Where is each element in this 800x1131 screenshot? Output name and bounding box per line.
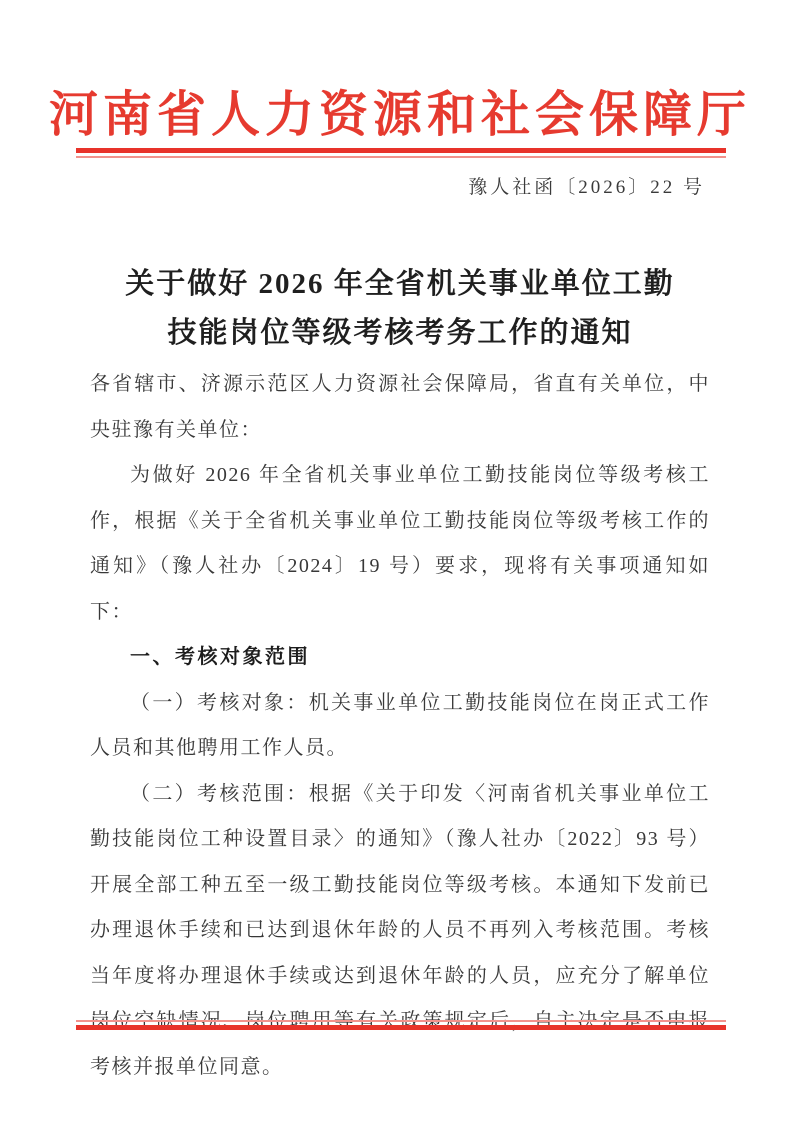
document-title-line1: 关于做好 2026 年全省机关事业单位工勤	[60, 260, 740, 309]
letterhead-divider-thin-line	[76, 156, 726, 158]
footer-divider-thick-line	[76, 1025, 726, 1030]
letterhead-divider-thick-line	[76, 148, 726, 153]
letterhead-agency-name: 河南省人力资源和社会保障厅	[0, 76, 800, 146]
intro-paragraph: 为做好 2026 年全省机关事业单位工勤技能岗位等级考核工作，根据《关于全省机关…	[90, 453, 710, 635]
salutation-paragraph: 各省辖市、济源示范区人力资源社会保障局，省直有关单位，中央驻豫有关单位：	[90, 362, 710, 453]
section-heading-1: 一、考核对象范围	[90, 635, 710, 681]
footer-divider	[76, 1020, 726, 1030]
document-page: 河南省人力资源和社会保障厅 豫人社函〔2026〕22 号 关于做好 2026 年…	[0, 0, 800, 1131]
letterhead-divider	[76, 148, 726, 158]
footer-divider-thin-line	[76, 1020, 726, 1022]
assessment-scope-paragraph: （二）考核范围：根据《关于印发〈河南省机关事业单位工勤技能岗位工种设置目录〉的通…	[90, 772, 710, 1091]
document-body: 各省辖市、济源示范区人力资源社会保障局，省直有关单位，中央驻豫有关单位： 为做好…	[90, 362, 710, 1090]
assessment-target-paragraph: （一）考核对象：机关事业单位工勤技能岗位在岗正式工作人员和其他聘用工作人员。	[90, 681, 710, 772]
document-title: 关于做好 2026 年全省机关事业单位工勤 技能岗位等级考核考务工作的通知	[60, 260, 740, 358]
document-reference-number: 豫人社函〔2026〕22 号	[468, 172, 705, 199]
document-title-line2: 技能岗位等级考核考务工作的通知	[60, 309, 740, 358]
